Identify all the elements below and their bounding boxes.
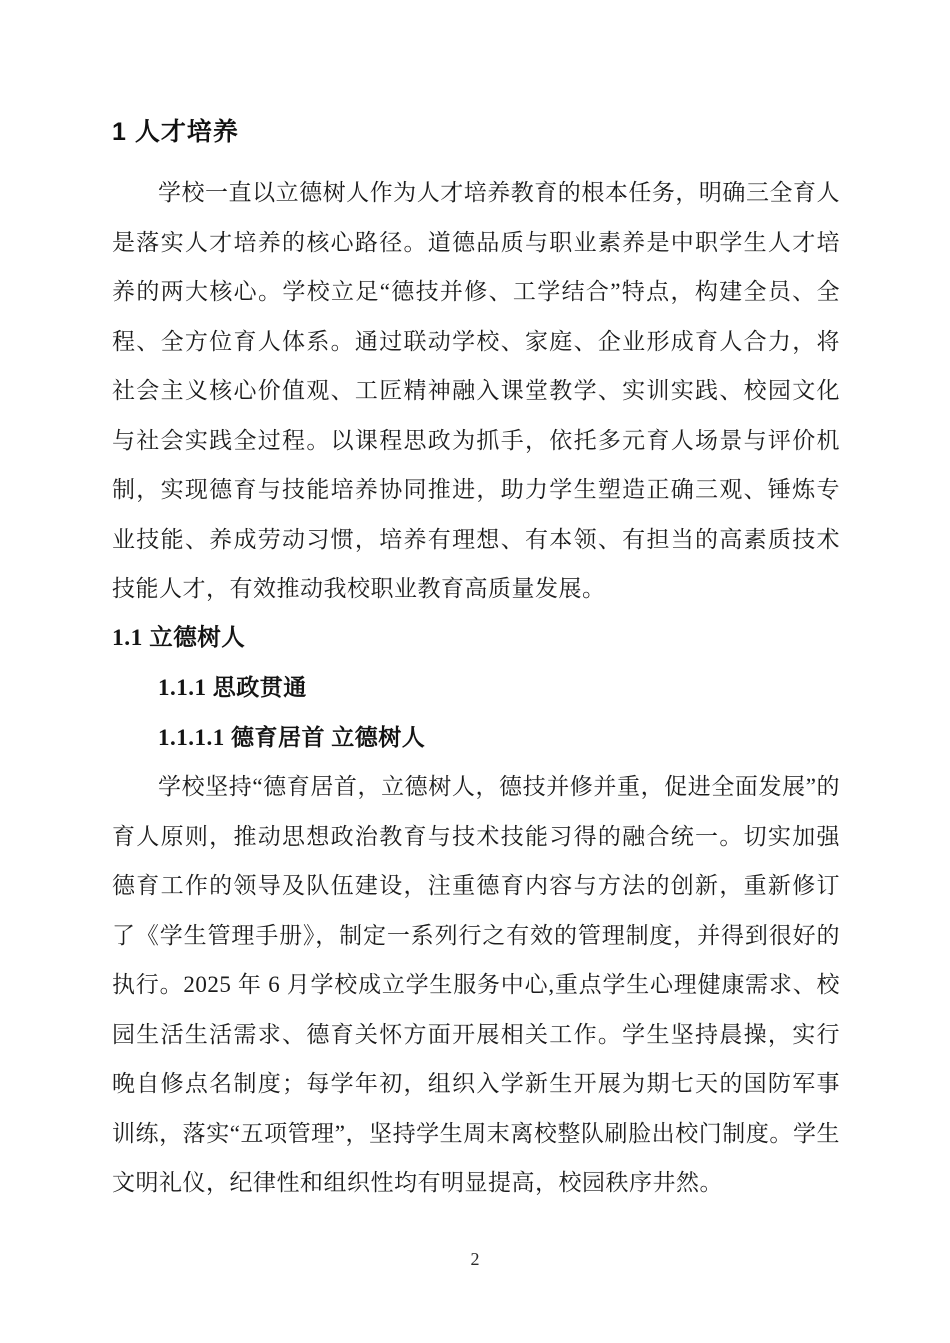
paragraph-moral-education-detail: 学校坚持“德育居首，立德树人，德技并修并重，促进全面发展”的育人原则，推动思想政… <box>112 762 840 1208</box>
subsection-heading-sizheng: 1.1.1 思政贯通 <box>112 663 840 713</box>
page-number: 2 <box>0 1249 950 1269</box>
paragraph-talent-cultivation-overview: 学校一直以立德树人作为人才培养教育的根本任务，明确三全育人是落实人才培养的核心路… <box>112 168 840 614</box>
chapter-heading: 1 人才培养 <box>112 112 840 152</box>
document-page: 1 人才培养 学校一直以立德树人作为人才培养教育的根本任务，明确三全育人是落实人… <box>0 0 950 1343</box>
section-heading-lideshuren: 1.1 立德树人 <box>112 614 840 664</box>
subsubsection-heading-deyu: 1.1.1.1 德育居首 立德树人 <box>112 713 840 763</box>
